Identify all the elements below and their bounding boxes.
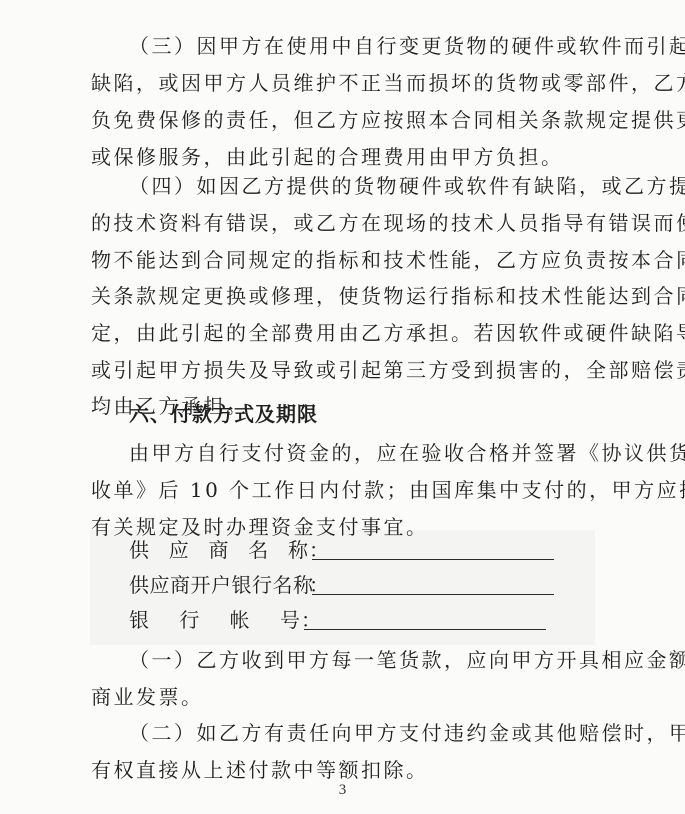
payment-clause-1-line-1: （一）乙方收到甲方每一笔货款，应向甲方开具相应金额的 bbox=[129, 648, 608, 672]
bank-account-label: 银行帐号 bbox=[129, 608, 301, 632]
supplier-name-row: 供应商名称： bbox=[129, 538, 321, 562]
supplier-name-label: 供应商名称 bbox=[129, 538, 309, 562]
clause-3-line-4: 或保修服务，由此引起的合理费用由甲方负担。 bbox=[91, 145, 608, 169]
clause-3-line-2: 缺陷，或因甲方人员维护不正当而损坏的货物或零部件，乙方不 bbox=[91, 71, 608, 95]
clause-4-line-3: 物不能达到合同规定的指标和技术性能，乙方应负责按本合同相 bbox=[91, 248, 608, 272]
payment-clause-2-line-1: （二）如乙方有责任向甲方支付违约金或其他赔偿时，甲方 bbox=[129, 721, 608, 745]
clause-4-line-5: 定，由此引起的全部费用由乙方承担。若因软件或硬件缺陷导致 bbox=[91, 321, 608, 345]
bank-account-row: 银行帐号： bbox=[129, 608, 313, 632]
clause-4-line-4: 关条款规定更换或修理，使货物运行指标和技术性能达到合同规 bbox=[91, 284, 608, 308]
payment-terms-line-2: 收单》后 10 个工作日内付款；由国库集中支付的，甲方应按照 bbox=[91, 478, 608, 502]
clause-3-line-1: （三）因甲方在使用中自行变更货物的硬件或软件而引起的 bbox=[129, 34, 608, 58]
supplier-name-field[interactable] bbox=[312, 559, 554, 560]
clause-3-line-3: 负免费保修的责任，但乙方应按照本合同相关条款规定提供更换 bbox=[91, 108, 608, 132]
payment-terms-line-1: 由甲方自行支付资金的，应在验收合格并签署《协议供货验 bbox=[129, 441, 608, 465]
payment-terms-line-3: 有关规定及时办理资金支付事宜。 bbox=[91, 515, 608, 539]
document-page: （三）因甲方在使用中自行变更货物的硬件或软件而引起的 缺陷，或因甲方人员维护不正… bbox=[0, 0, 685, 814]
page-number: 3 bbox=[0, 782, 685, 799]
supplier-bank-label: 供应商开户银行名称 bbox=[129, 573, 309, 597]
clause-4-line-1: （四）如因乙方提供的货物硬件或软件有缺陷，或乙方提供 bbox=[129, 174, 608, 198]
clause-4-line-6: 或引起甲方损失及导致或引起第三方受到损害的，全部赔偿责任 bbox=[91, 358, 608, 382]
supplier-bank-row: 供应商开户银行名称： bbox=[129, 573, 321, 597]
section-6-heading: 六、付款方式及期限 bbox=[129, 402, 608, 426]
clause-4-line-2: 的技术资料有错误，或乙方在现场的技术人员指导有错误而使货 bbox=[91, 211, 608, 235]
payment-clause-1-line-2: 商业发票。 bbox=[91, 685, 608, 709]
payment-clause-2-line-2: 有权直接从上述付款中等额扣除。 bbox=[91, 758, 608, 782]
supplier-bank-field[interactable] bbox=[312, 594, 554, 595]
bank-account-field[interactable] bbox=[304, 629, 546, 630]
